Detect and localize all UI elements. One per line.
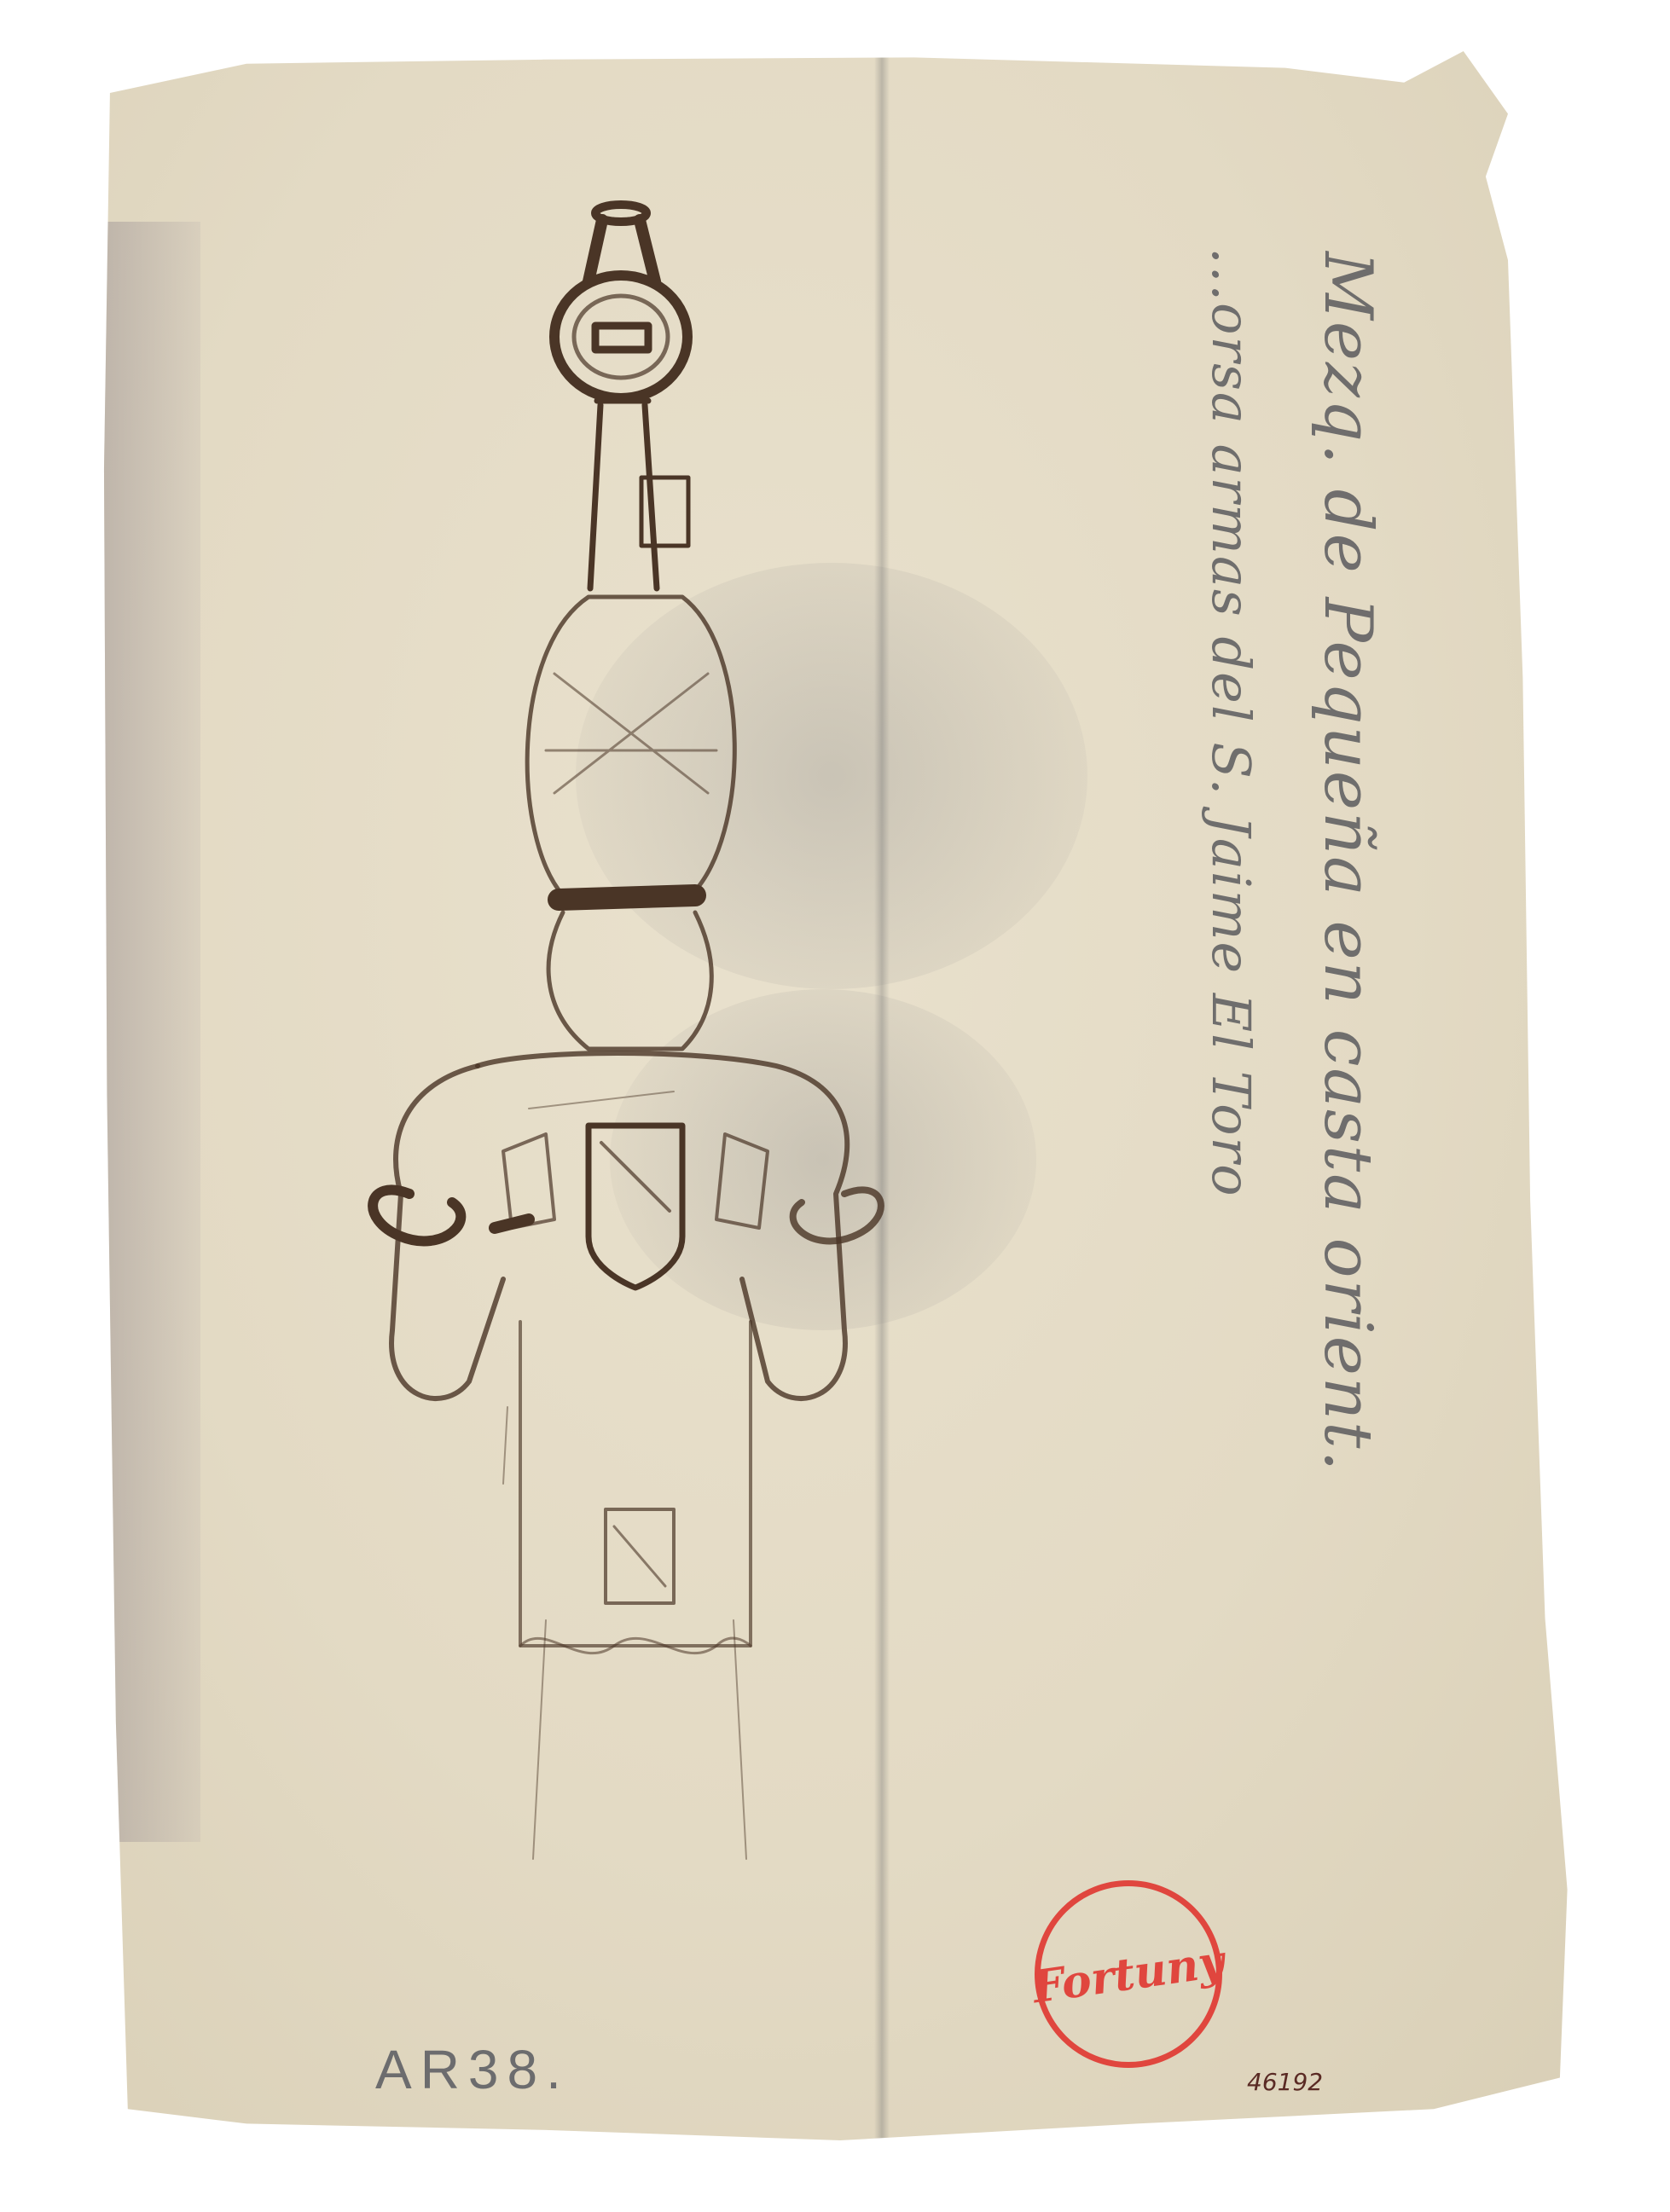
inventory-number: 46192 — [1247, 2068, 1323, 2096]
catalog-label: AR38. — [375, 2038, 570, 2101]
stamp-text: Fortuny — [1029, 1935, 1227, 2013]
pencil-annotation-line-2: ...orsa armas del S. Jaime El Toro — [1200, 247, 1262, 1198]
collector-stamp: Fortuny — [1035, 1880, 1222, 2068]
pencil-annotation-line-1: Mezq. de Pequeña en casta orient. — [1309, 252, 1386, 1473]
finial-drawing — [0, 0, 1670, 2212]
